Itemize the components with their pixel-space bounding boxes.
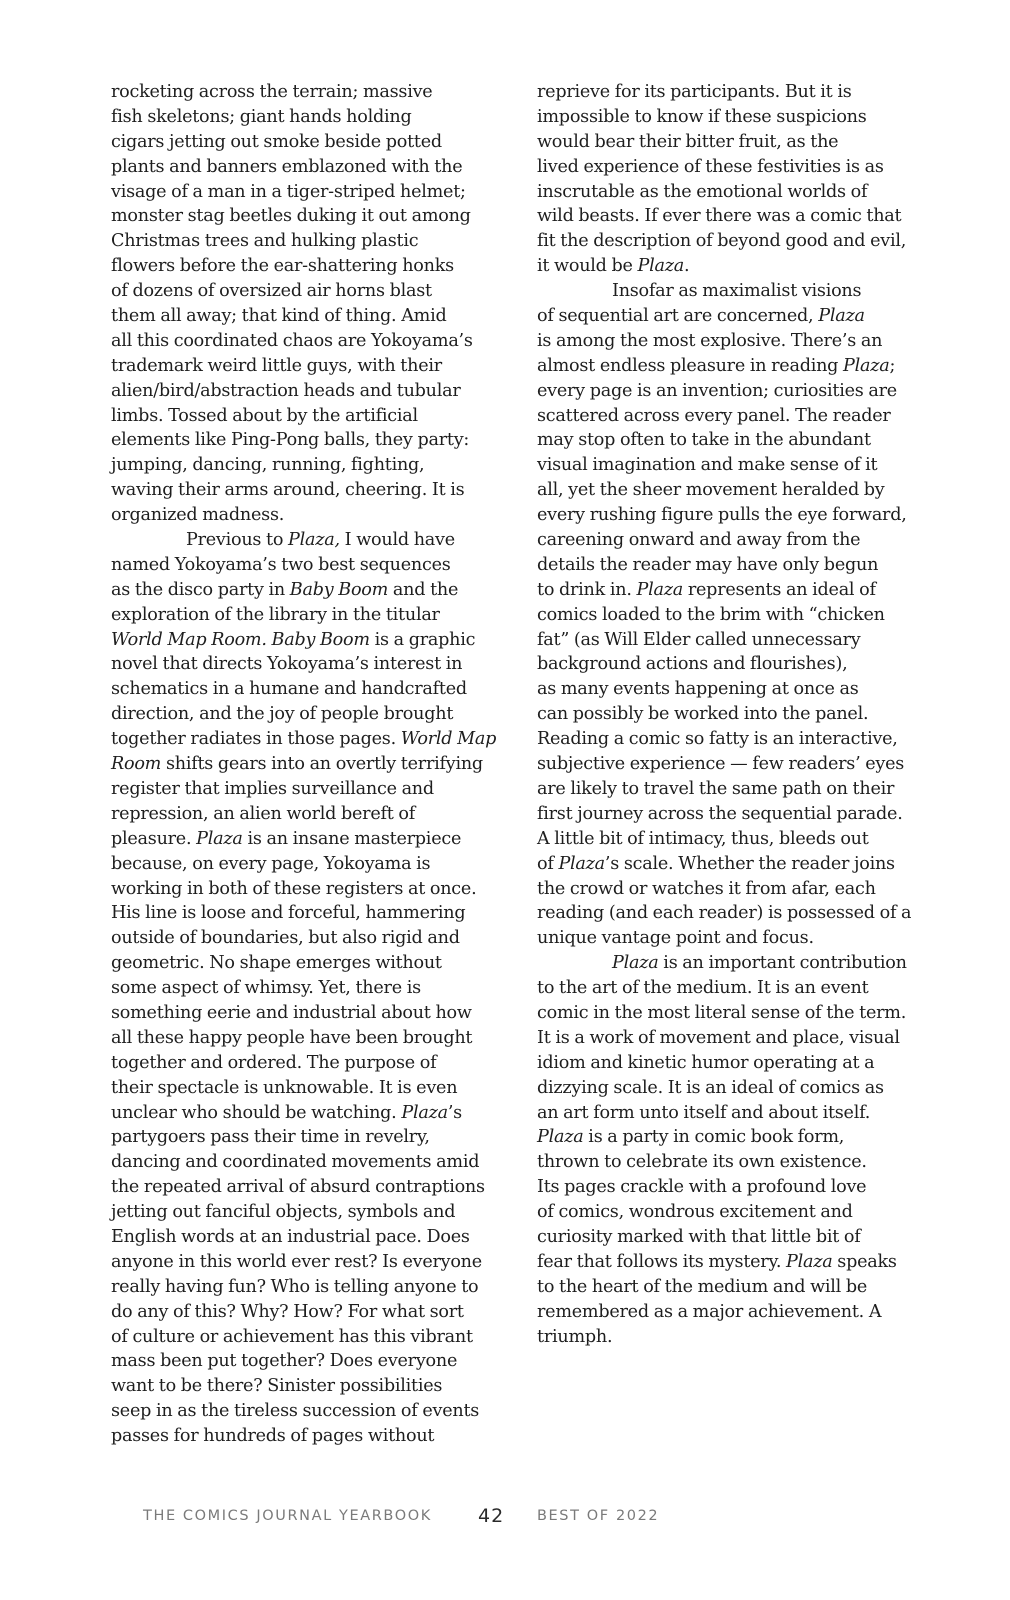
body-text: English words at an industrial pace. Doe… — [111, 1227, 470, 1247]
body-text: partygoers pass their time in revelry, — [111, 1127, 430, 1147]
document-page: rocketing across the terrain; massivefis… — [0, 0, 1010, 1600]
footer-publication-title: THE COMICS JOURNAL YEARBOOK — [143, 1508, 432, 1524]
body-text: repression, an alien world bereft of — [111, 804, 415, 824]
text-line: would bear their bitter fruit, as the — [537, 130, 927, 155]
text-line: Plaza is a party in comic book form, — [537, 1125, 927, 1150]
body-text: mass been put together? Does everyone — [111, 1351, 457, 1371]
text-line: reading (and each reader) is possessed o… — [537, 901, 927, 926]
text-line: flowers before the ear-shattering honks — [111, 254, 501, 279]
text-line: is among the most explosive. There’s an — [537, 329, 927, 354]
text-line: to the heart of the medium and will be — [537, 1275, 927, 1300]
body-text: speaks — [832, 1252, 896, 1272]
body-text: pleasure. — [111, 829, 196, 849]
text-line: scattered across every panel. The reader — [537, 404, 927, 429]
body-text: is among the most explosive. There’s an — [537, 331, 882, 351]
body-text: Previous to — [186, 530, 288, 550]
italic-title-text: Plaza — [537, 1127, 583, 1147]
text-line: all, yet the sheer movement heralded by — [537, 478, 927, 503]
body-text: passes for hundreds of pages without — [111, 1426, 434, 1446]
body-text: novel that directs Yokoyama’s interest i… — [111, 654, 462, 674]
text-line: all this coordinated chaos are Yokoyama’… — [111, 329, 501, 354]
text-line: dancing and coordinated movements amid — [111, 1150, 501, 1175]
text-line: jumping, dancing, running, fighting, — [111, 453, 501, 478]
text-column-left: rocketing across the terrain; massivefis… — [111, 80, 501, 1449]
body-text: of dozens of oversized air horns blast — [111, 281, 432, 301]
text-line: A little bit of intimacy, thus, bleeds o… — [537, 827, 927, 852]
text-line: rocketing across the terrain; massive — [111, 80, 501, 105]
body-text: His line is loose and forceful, hammerin… — [111, 903, 465, 923]
body-text: is a graphic — [370, 630, 475, 650]
text-line: together radiates in those pages. World … — [111, 727, 501, 752]
italic-title-text: Plaza — [196, 829, 242, 849]
text-line: His line is loose and forceful, hammerin… — [111, 901, 501, 926]
body-text: direction, and the joy of people brought — [111, 704, 453, 724]
text-line: as the disco party in Baby Boom and the — [111, 578, 501, 603]
body-text: them all away; that kind of thing. Amid — [111, 306, 446, 326]
body-text: of sequential art are concerned, — [537, 306, 818, 326]
text-line: Room shifts gears into an overtly terrif… — [111, 752, 501, 777]
body-text: visual imagination and make sense of it — [537, 455, 877, 475]
body-text: together and ordered. The purpose of — [111, 1053, 436, 1073]
body-text: is an important contribution — [658, 953, 906, 973]
text-line: background actions and flourishes), — [537, 652, 927, 677]
text-line: them all away; that kind of thing. Amid — [111, 304, 501, 329]
text-line: every page is an invention; curiosities … — [537, 379, 927, 404]
body-text: to drink in. — [537, 580, 637, 600]
text-line: alien/bird/abstraction heads and tubular — [111, 379, 501, 404]
text-line: outside of boundaries, but also rigid an… — [111, 926, 501, 951]
text-line: visual imagination and make sense of it — [537, 453, 927, 478]
body-text: plants and banners emblazoned with the — [111, 157, 462, 177]
text-line: mass been put together? Does everyone — [111, 1349, 501, 1374]
text-line: their spectacle is unknowable. It is eve… — [111, 1076, 501, 1101]
text-line: do any of this? Why? How? For what sort — [111, 1300, 501, 1325]
body-text: to the art of the medium. It is an event — [537, 978, 868, 998]
text-line: some aspect of whimsy. Yet, there is — [111, 976, 501, 1001]
text-line: to drink in. Plaza represents an ideal o… — [537, 578, 927, 603]
body-text: shifts gears into an overtly terrifying — [161, 754, 483, 774]
body-text: working in both of these registers at on… — [111, 879, 476, 899]
text-line: almost endless pleasure in reading Plaza… — [537, 354, 927, 379]
text-line: geometric. No shape emerges without — [111, 951, 501, 976]
text-line: of comics, wondrous excitement and — [537, 1200, 927, 1225]
page-footer: THE COMICS JOURNAL YEARBOOK 42 BEST OF 2… — [0, 1506, 1010, 1530]
body-text: comics loaded to the brim with “chicken — [537, 605, 885, 625]
text-line: comic in the most literal sense of the t… — [537, 1001, 927, 1026]
body-text: scattered across every panel. The reader — [537, 406, 891, 426]
body-text: the crowd or watches it from afar, each — [537, 879, 876, 899]
text-line: triumph. — [537, 1325, 927, 1350]
text-line: Christmas trees and hulking plastic — [111, 229, 501, 254]
page-number: 42 — [478, 1505, 504, 1527]
text-line: elements like Ping-Pong balls, they part… — [111, 428, 501, 453]
text-line: visage of a man in a tiger-striped helme… — [111, 180, 501, 205]
italic-title-text: World Map Room. Baby Boom — [111, 630, 370, 650]
body-text: thrown to celebrate its own existence. — [537, 1152, 867, 1172]
italic-title-text: Plaza, — [288, 530, 340, 550]
text-line: first journey across the sequential para… — [537, 802, 927, 827]
text-column-right: reprieve for its participants. But it is… — [537, 80, 927, 1349]
text-line: subjective experience — few readers’ eye… — [537, 752, 927, 777]
text-line: fit the description of beyond good and e… — [537, 229, 927, 254]
body-text: inscrutable as the emotional worlds of — [537, 182, 867, 202]
body-text: fear that follows its mystery. — [537, 1252, 786, 1272]
body-text: anyone in this world ever rest? Is every… — [111, 1252, 482, 1272]
text-line: idiom and kinetic humor operating at a — [537, 1051, 927, 1076]
italic-title-text: Baby Boom — [290, 580, 388, 600]
text-line: partygoers pass their time in revelry, — [111, 1125, 501, 1150]
body-text: would bear their bitter fruit, as the — [537, 132, 838, 152]
body-text: flowers before the ear-shattering honks — [111, 256, 454, 276]
text-line: every rushing figure pulls the eye forwa… — [537, 503, 927, 528]
body-text: fit the description of beyond good and e… — [537, 231, 906, 251]
body-text: first journey across the sequential para… — [537, 804, 903, 824]
body-text: all this coordinated chaos are Yokoyama’… — [111, 331, 473, 351]
text-line: all these happy people have been brought — [111, 1026, 501, 1051]
text-line: seep in as the tireless succession of ev… — [111, 1399, 501, 1424]
text-line: working in both of these registers at on… — [111, 877, 501, 902]
body-text: almost endless pleasure in reading — [537, 356, 843, 376]
body-text: as the disco party in — [111, 580, 290, 600]
body-text: together radiates in those pages. — [111, 729, 401, 749]
body-text: outside of boundaries, but also rigid an… — [111, 928, 460, 948]
text-line: waving their arms around, cheering. It i… — [111, 478, 501, 503]
body-text: monster stag beetles duking it out among — [111, 206, 471, 226]
text-line: fat” (as Will Elder called unnecessary — [537, 628, 927, 653]
body-text: some aspect of whimsy. Yet, there is — [111, 978, 421, 998]
text-line: are likely to travel the same path on th… — [537, 777, 927, 802]
body-text: . — [684, 256, 689, 276]
body-text: exploration of the library in the titula… — [111, 605, 440, 625]
text-line: as many events happening at once as — [537, 677, 927, 702]
text-line: World Map Room. Baby Boom is a graphic — [111, 628, 501, 653]
body-text: waving their arms around, cheering. It i… — [111, 480, 464, 500]
italic-title-text: Plaza — [612, 953, 658, 973]
body-text: subjective experience — few readers’ eye… — [537, 754, 904, 774]
body-text: elements like Ping-Pong balls, they part… — [111, 430, 469, 450]
body-text: limbs. Tossed about by the artificial — [111, 406, 418, 426]
body-text: Reading a comic so fatty is an interacti… — [537, 729, 898, 749]
text-line: inscrutable as the emotional worlds of — [537, 180, 927, 205]
body-text: lived experience of these festivities is… — [537, 157, 884, 177]
text-line: cigars jetting out smoke beside potted — [111, 130, 501, 155]
text-line: lived experience of these festivities is… — [537, 155, 927, 180]
text-line: comics loaded to the brim with “chicken — [537, 603, 927, 628]
body-text: represents an ideal of — [683, 580, 876, 600]
text-line: unique vantage point and focus. — [537, 926, 927, 951]
body-text: of — [537, 854, 558, 874]
text-line: impossible to know if these suspicions — [537, 105, 927, 130]
text-line: anyone in this world ever rest? Is every… — [111, 1250, 501, 1275]
text-line: passes for hundreds of pages without — [111, 1424, 501, 1449]
body-text: want to be there? Sinister possibilities — [111, 1376, 442, 1396]
body-text: fat” (as Will Elder called unnecessary — [537, 630, 860, 650]
body-text: schematics in a humane and handcrafted — [111, 679, 467, 699]
body-text: organized madness. — [111, 505, 284, 525]
body-text: Insofar as maximalist visions — [612, 281, 861, 301]
text-line: it would be Plaza. — [537, 254, 927, 279]
body-text: because, on every page, Yokoyama is — [111, 854, 430, 874]
text-line: named Yokoyama’s two best sequences — [111, 553, 501, 578]
text-line: fish skeletons; giant hands holding — [111, 105, 501, 130]
text-line: want to be there? Sinister possibilities — [111, 1374, 501, 1399]
text-line: can possibly be worked into the panel. — [537, 702, 927, 727]
text-line: careening onward and away from the — [537, 528, 927, 553]
body-text: ’s scale. Whether the reader joins — [605, 854, 895, 874]
body-text: every page is an invention; curiosities … — [537, 381, 897, 401]
body-text: really having fun? Who is telling anyone… — [111, 1277, 478, 1297]
body-text: is a party in comic book form, — [583, 1127, 844, 1147]
text-line: an art form unto itself and about itself… — [537, 1101, 927, 1126]
body-text: unclear who should be watching. — [111, 1103, 401, 1123]
body-text: details the reader may have only begun — [537, 555, 878, 575]
body-text: all these happy people have been brought — [111, 1028, 472, 1048]
text-line: to the art of the medium. It is an event — [537, 976, 927, 1001]
body-text: may stop often to take in the abundant — [537, 430, 871, 450]
text-line: repression, an alien world bereft of — [111, 802, 501, 827]
body-text: alien/bird/abstraction heads and tubular — [111, 381, 461, 401]
body-text: as many events happening at once as — [537, 679, 859, 699]
body-text: remembered as a major achievement. A — [537, 1302, 881, 1322]
text-line: Previous to Plaza, I would have — [111, 528, 501, 553]
text-line: plants and banners emblazoned with the — [111, 155, 501, 180]
body-text: jumping, dancing, running, fighting, — [111, 455, 424, 475]
text-line: details the reader may have only begun — [537, 553, 927, 578]
text-line: exploration of the library in the titula… — [111, 603, 501, 628]
text-line: jetting out fanciful objects, symbols an… — [111, 1200, 501, 1225]
text-line: unclear who should be watching. Plaza’s — [111, 1101, 501, 1126]
text-line: English words at an industrial pace. Doe… — [111, 1225, 501, 1250]
italic-title-text: World Map — [401, 729, 496, 749]
body-text: the repeated arrival of absurd contrapti… — [111, 1177, 485, 1197]
body-text: an art form unto itself and about itself… — [537, 1103, 870, 1123]
body-text: do any of this? Why? How? For what sort — [111, 1302, 464, 1322]
body-text: unique vantage point and focus. — [537, 928, 814, 948]
text-line: really having fun? Who is telling anyone… — [111, 1275, 501, 1300]
body-text: careening onward and away from the — [537, 530, 860, 550]
text-line: something eerie and industrial about how — [111, 1001, 501, 1026]
body-text: curiosity marked with that little bit of — [537, 1227, 861, 1247]
text-line: of Plaza’s scale. Whether the reader joi… — [537, 852, 927, 877]
body-text: triumph. — [537, 1327, 612, 1347]
body-text: A little bit of intimacy, thus, bleeds o… — [537, 829, 869, 849]
body-text: is an insane masterpiece — [243, 829, 461, 849]
italic-title-text: Room — [111, 754, 161, 774]
body-text: of comics, wondrous excitement and — [537, 1202, 853, 1222]
text-line: thrown to celebrate its own existence. — [537, 1150, 927, 1175]
body-text: dancing and coordinated movements amid — [111, 1152, 479, 1172]
italic-title-text: Plaza — [558, 854, 604, 874]
footer-edition: BEST OF 2022 — [537, 1508, 659, 1524]
body-text: can possibly be worked into the panel. — [537, 704, 868, 724]
text-line: organized madness. — [111, 503, 501, 528]
body-text: rocketing across the terrain; massive — [111, 82, 432, 102]
body-text: are likely to travel the same path on th… — [537, 779, 894, 799]
text-line: It is a work of movement and place, visu… — [537, 1026, 927, 1051]
text-line: pleasure. Plaza is an insane masterpiece — [111, 827, 501, 852]
body-text: idiom and kinetic humor operating at a — [537, 1053, 874, 1073]
text-line: may stop often to take in the abundant — [537, 428, 927, 453]
text-line: monster stag beetles duking it out among — [111, 204, 501, 229]
body-text: of culture or achievement has this vibra… — [111, 1327, 473, 1347]
body-text: jetting out fanciful objects, symbols an… — [111, 1202, 455, 1222]
body-text: reading (and each reader) is possessed o… — [537, 903, 911, 923]
text-line: trademark weird little guys, with their — [111, 354, 501, 379]
text-line: Plaza is an important contribution — [537, 951, 927, 976]
body-text: it would be — [537, 256, 638, 276]
body-text: Christmas trees and hulking plastic — [111, 231, 418, 251]
italic-title-text: Plaza — [638, 256, 684, 276]
text-line: dizzying scale. It is an ideal of comics… — [537, 1076, 927, 1101]
body-text: to the heart of the medium and will be — [537, 1277, 867, 1297]
italic-title-text: Plaza — [401, 1103, 447, 1123]
body-text: impossible to know if these suspicions — [537, 107, 867, 127]
text-line: of sequential art are concerned, Plaza — [537, 304, 927, 329]
body-text: wild beasts. If ever there was a comic t… — [537, 206, 901, 226]
body-text: their spectacle is unknowable. It is eve… — [111, 1078, 457, 1098]
body-text: named Yokoyama’s two best sequences — [111, 555, 451, 575]
body-text: register that implies surveillance and — [111, 779, 434, 799]
italic-title-text: Plaza — [818, 306, 864, 326]
text-line: of dozens of oversized air horns blast — [111, 279, 501, 304]
text-line: together and ordered. The purpose of — [111, 1051, 501, 1076]
italic-title-text: Plaza — [843, 356, 889, 376]
body-text: dizzying scale. It is an ideal of comics… — [537, 1078, 884, 1098]
text-line: Reading a comic so fatty is an interacti… — [537, 727, 927, 752]
text-line: Its pages crackle with a profound love — [537, 1175, 927, 1200]
text-line: limbs. Tossed about by the artificial — [111, 404, 501, 429]
body-text: something eerie and industrial about how — [111, 1003, 472, 1023]
text-line: the repeated arrival of absurd contrapti… — [111, 1175, 501, 1200]
body-text: all, yet the sheer movement heralded by — [537, 480, 885, 500]
text-line: reprieve for its participants. But it is — [537, 80, 927, 105]
body-text: and the — [388, 580, 458, 600]
text-line: the crowd or watches it from afar, each — [537, 877, 927, 902]
body-text: reprieve for its participants. But it is — [537, 82, 851, 102]
body-text: cigars jetting out smoke beside potted — [111, 132, 442, 152]
body-text: geometric. No shape emerges without — [111, 953, 442, 973]
text-line: remembered as a major achievement. A — [537, 1300, 927, 1325]
body-text: background actions and flourishes), — [537, 654, 847, 674]
italic-title-text: Plaza — [637, 580, 683, 600]
text-line: wild beasts. If ever there was a comic t… — [537, 204, 927, 229]
text-line: of culture or achievement has this vibra… — [111, 1325, 501, 1350]
body-text: comic in the most literal sense of the t… — [537, 1003, 906, 1023]
text-line: Insofar as maximalist visions — [537, 279, 927, 304]
body-text: fish skeletons; giant hands holding — [111, 107, 411, 127]
body-text: seep in as the tireless succession of ev… — [111, 1401, 479, 1421]
text-line: because, on every page, Yokoyama is — [111, 852, 501, 877]
text-line: novel that directs Yokoyama’s interest i… — [111, 652, 501, 677]
text-line: curiosity marked with that little bit of — [537, 1225, 927, 1250]
body-text: It is a work of movement and place, visu… — [537, 1028, 900, 1048]
italic-title-text: Plaza — [786, 1252, 832, 1272]
body-text: trademark weird little guys, with their — [111, 356, 442, 376]
body-text: Its pages crackle with a profound love — [537, 1177, 866, 1197]
body-text: every rushing figure pulls the eye forwa… — [537, 505, 907, 525]
text-line: register that implies surveillance and — [111, 777, 501, 802]
text-line: schematics in a humane and handcrafted — [111, 677, 501, 702]
body-text: I would have — [340, 530, 455, 550]
body-text: ; — [890, 356, 896, 376]
text-line: direction, and the joy of people brought — [111, 702, 501, 727]
body-text: visage of a man in a tiger-striped helme… — [111, 182, 466, 202]
text-line: fear that follows its mystery. Plaza spe… — [537, 1250, 927, 1275]
body-text: ’s — [448, 1103, 462, 1123]
